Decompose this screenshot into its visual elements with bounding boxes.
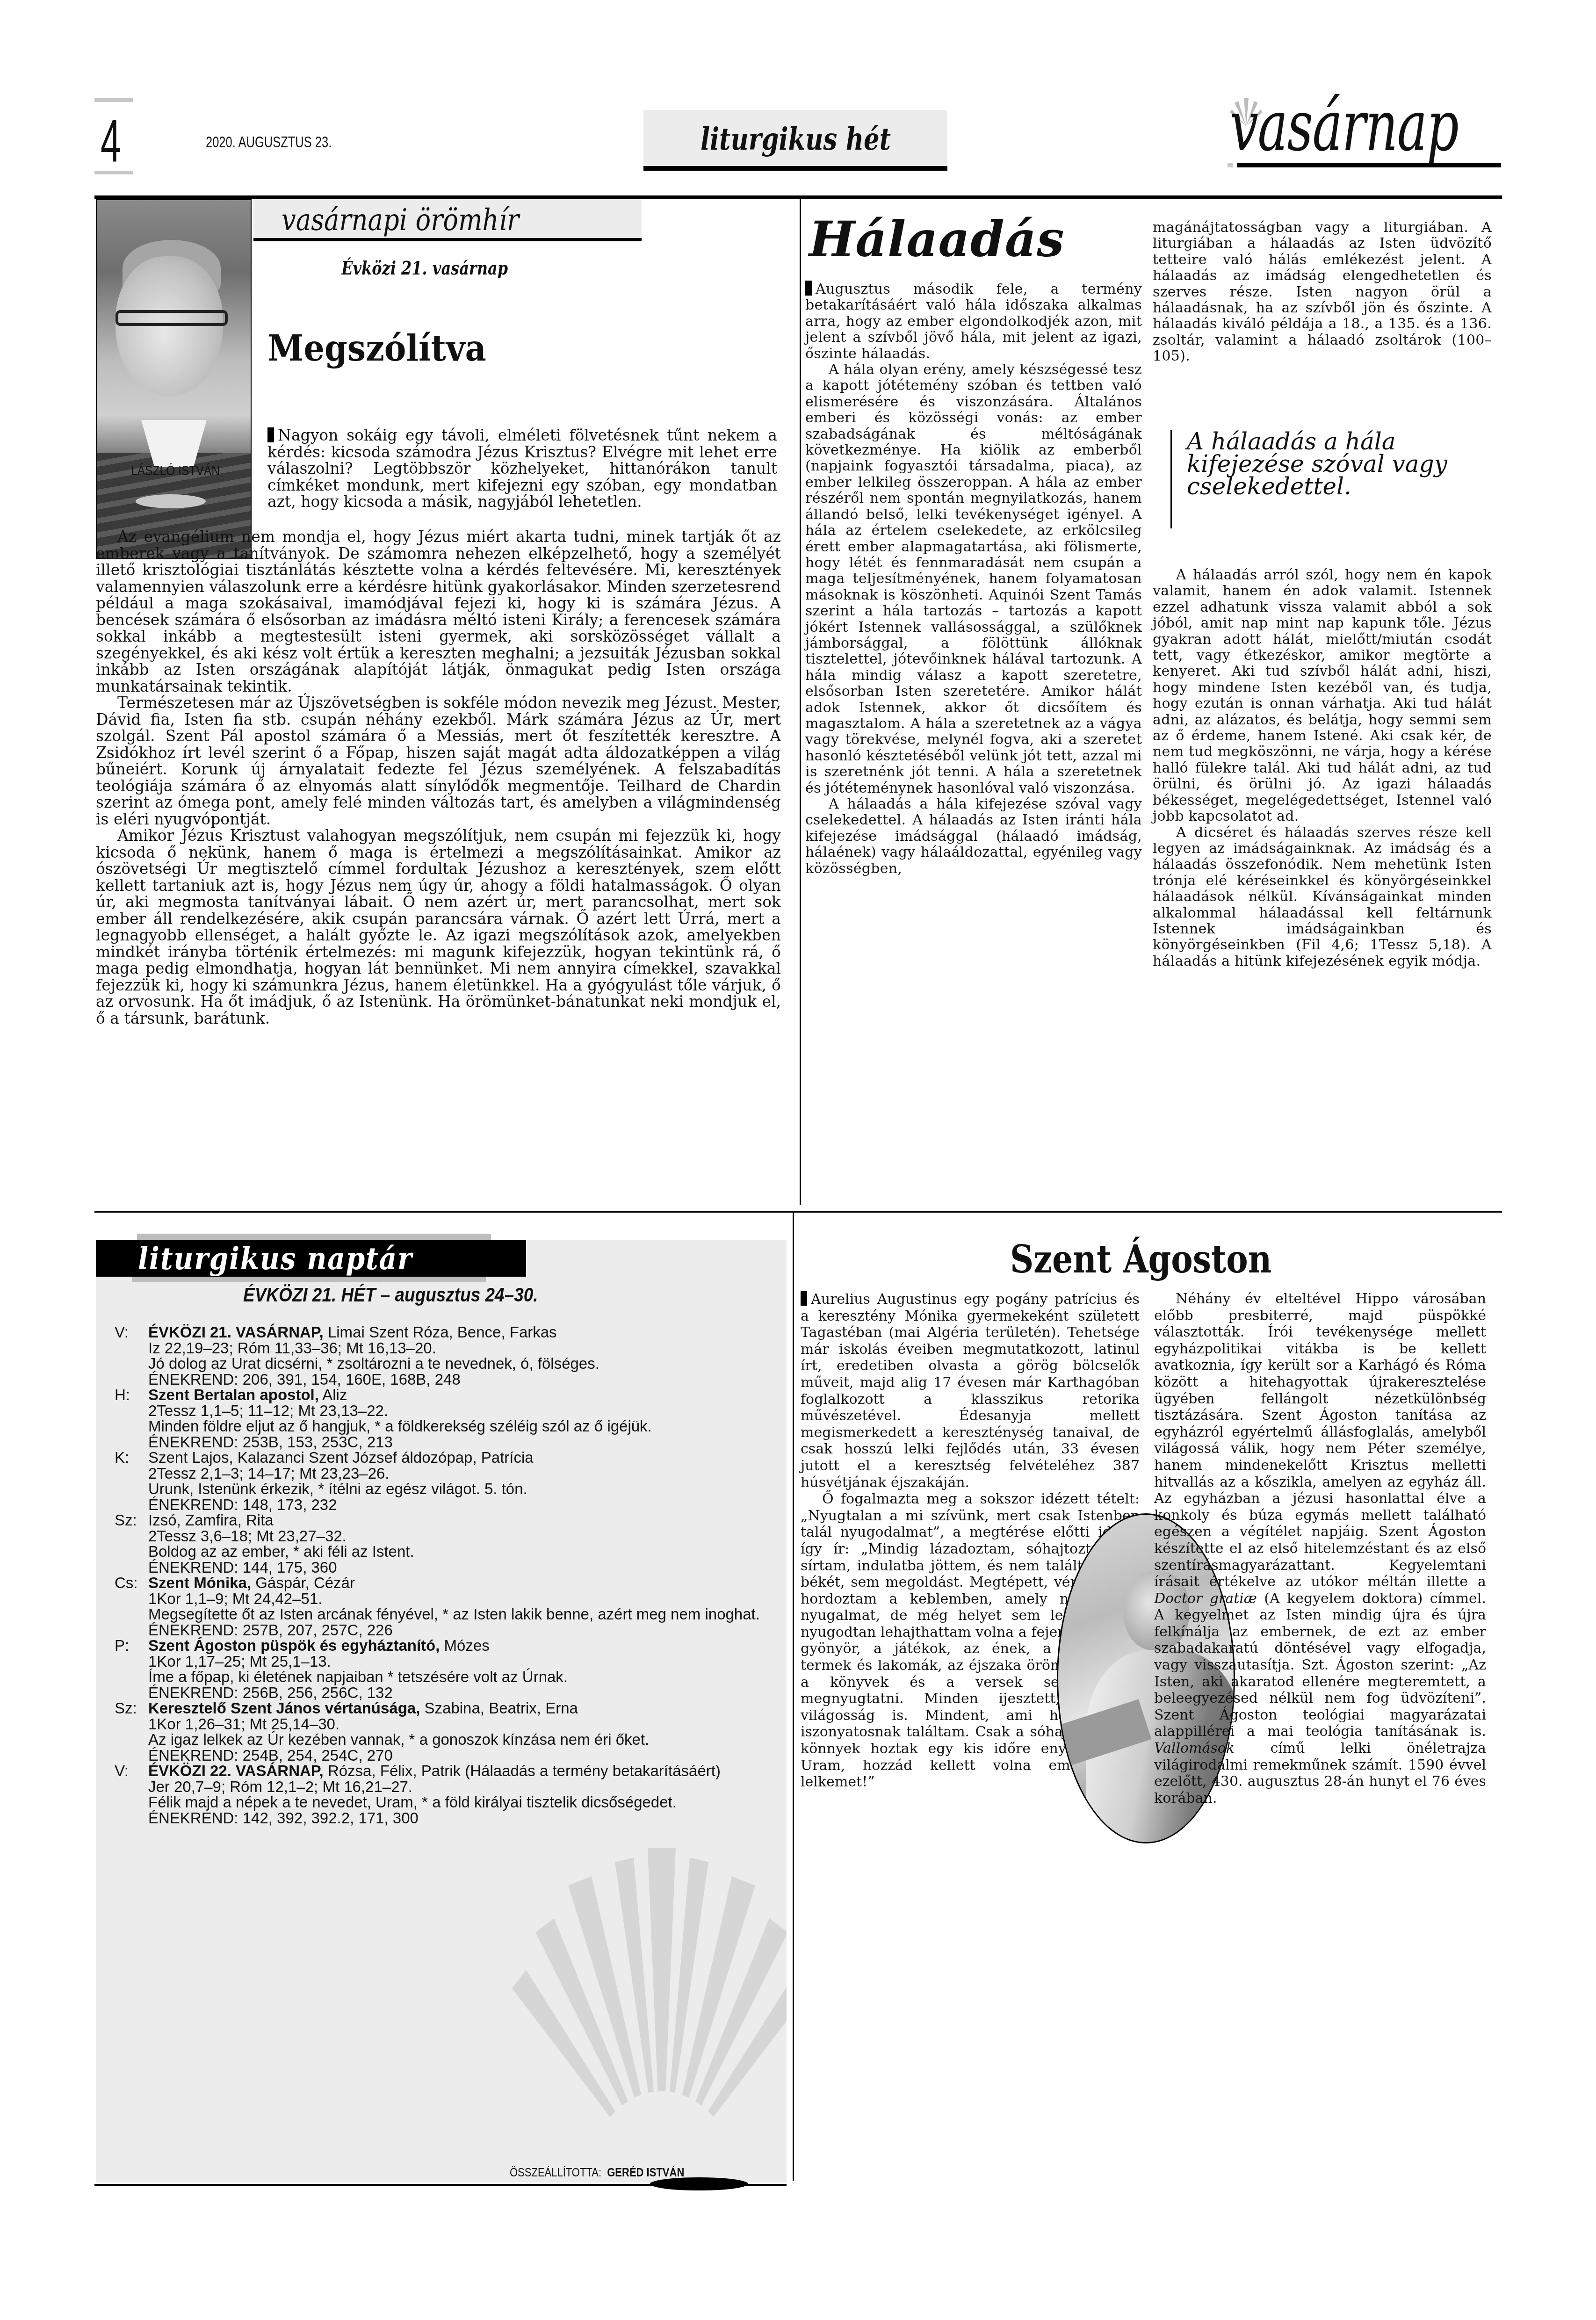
article-column-2: magánájtatosságban vagy a liturgiában. A… [1153,220,1492,365]
antiphon: Félik majd a népek a te nevedet, Uram, *… [148,1794,779,1810]
paragraph: A hálaadás arról szól, hogy nem én kapok… [1153,567,1492,825]
column-kicker: vasárnapi örömhír [253,199,642,241]
calendar-day: Cs: [115,1575,148,1638]
readings: 2Tessz 2,1–3; 14–17; Mt 23,23–26. [148,1466,779,1482]
calendar-entry: Cs: Szent Mónika, Gáspár, Cézár 1Kor 1,1… [115,1575,779,1638]
decorative-oval [136,494,206,508]
column-divider-bottom [793,1213,794,2181]
author-name: LÁSZLÓ ISTVÁN [112,463,239,479]
paragraph: A hálaadás a hála kifejezése szóval vagy… [805,796,1142,877]
page-number: 4 [101,110,121,171]
calendar-entry: K: Szent Lajos, Kalazanci Szent József á… [115,1450,779,1512]
readings: 2Tessz 1,1–5; 11–12; Mt 23,13–22. [148,1403,779,1419]
hymns: ÉNEKREND: 144, 175, 360 [148,1560,779,1576]
article-column-2-continued: A hálaadás arról szól, hogy nem én kapok… [1153,567,1492,969]
calendar-entry: H: Szent Bertalan apostol, Aliz 2Tessz 1… [115,1387,779,1450]
calendar-day: Sz: [115,1700,148,1763]
calendar-entry: V: ÉVKÖZI 21. VASÁRNAP, Limai Szent Róza… [115,1324,779,1387]
frame-rule-top [94,195,1502,199]
calendar-compiler: ÖSSZEÁLLÍTOTTA: GERÉD ISTVÁN [510,2166,684,2180]
paragraph: Amikor Jézus Krisztust valahogyan megszó… [96,827,781,1026]
readings: 1Kor 1,26–31; Mt 25,14–30. [148,1716,779,1732]
column-divider-top [800,199,801,1205]
hymns: ÉNEKREND: 142, 392, 392.2, 171, 300 [148,1810,779,1826]
calendar-day: H: [115,1387,148,1450]
lead-marker-icon [267,427,274,442]
header-rule-bottom [94,171,133,174]
paragraph: Az evangélium nem mondja el, hogy Jézus … [96,528,781,694]
section-label: liturgikus hét [643,110,947,171]
article-column-2: Néhány év elteltével Hippo városában elő… [1154,1291,1486,1807]
antiphon: Az igaz lelkek az Úr kezében vannak, * a… [148,1732,779,1748]
sub-kicker: Évközi 21. vasárnap [341,257,508,279]
paragraph: Néhány év elteltével Hippo városában elő… [1154,1291,1486,1807]
calendar-day: P: [115,1638,148,1700]
hymns: ÉNEKREND: 253B, 153, 253C, 213 [148,1434,779,1450]
article-body: Az evangélium nem mondja el, hogy Jézus … [96,528,781,1026]
paragraph: magánájtatosságban vagy a liturgiában. A… [1153,220,1492,365]
paragraph: A hála olyan erény, amely készségessé te… [805,362,1142,796]
header-rule-top [94,98,133,102]
calendar-entry: V: ÉVKÖZI 22. VASÁRNAP, Rózsa, Félix, Pa… [115,1763,779,1826]
readings: 1Kor 1,1–9; Mt 24,42–51. [148,1591,779,1607]
calendar-day: Sz: [115,1512,148,1575]
decorative-oval [650,2177,748,2190]
hymns: ÉNEKREND: 148, 173, 232 [148,1497,779,1513]
calendar-entry: Sz: Keresztelő Szent János vértanúsága, … [115,1700,779,1763]
article-title: Megszólítva [267,327,486,369]
hymns: ÉNEKREND: 256B, 256, 256C, 132 [148,1685,779,1701]
section-divider [94,1211,1502,1213]
antiphon: Megsegítette őt az Isten arcának fényéve… [148,1606,779,1622]
calendar-day: V: [115,1763,148,1826]
issue-date: 2020. AUGUSZTUS 23. [206,133,332,152]
sunburst-watermark-icon [498,1792,787,2183]
calendar-week: ÉVKÖZI 21. HÉT – augusztus 24–30. [243,1284,538,1306]
antiphon: Jó dolog az Urat dicsérni, * zsoltározni… [148,1356,779,1372]
readings: Jer 20,7–9; Róm 12,1–2; Mt 16,21–27. [148,1779,779,1795]
paragraph: Természetesen már az Újszövetségben is s… [96,694,781,827]
calendar-entry: Sz: Izsó, Zamfira, Rita 2Tessz 3,6–18; M… [115,1512,779,1575]
lead-marker-icon [805,281,812,296]
hymns: ÉNEKREND: 254B, 254, 254C, 270 [148,1748,779,1763]
brand-logo: vasárnap [1230,91,1458,161]
antiphon: Urunk, Istenünk érkezik, * ítélni az egé… [148,1481,779,1497]
antiphon: Íme a főpap, ki életének napjaiban * tet… [148,1669,779,1685]
hymns: ÉNEKREND: 206, 391, 154, 160E, 168B, 248 [148,1372,779,1388]
readings: 2Tessz 3,6–18; Mt 23,27–32. [148,1528,779,1544]
calendar-day: V: [115,1324,148,1387]
paragraph: A dicséret és hálaadás szerves része kel… [1153,825,1492,970]
article-title: Szent Ágoston [1010,1237,1271,1282]
readings: 1Kor 1,17–25; Mt 25,1–13. [148,1654,779,1670]
brand-underline [1237,163,1501,167]
article-lead: Nagyon sokáig egy távoli, elméleti fölve… [267,427,777,510]
antiphon: Minden földre eljut az ő hangjuk, * a fö… [148,1418,779,1434]
antiphon: Boldog az az ember, * aki féli az Istent… [148,1544,779,1560]
calendar-list: V: ÉVKÖZI 21. VASÁRNAP, Limai Szent Róza… [115,1324,779,1826]
calendar-header: liturgikus naptár [96,1240,526,1277]
article-title: Hálaadás [809,210,1065,268]
pull-quote: A hálaadás a hála kifejezése szóval vagy… [1170,430,1467,528]
readings: Iz 22,19–23; Róm 11,33–36; Mt 16,13–20. [148,1340,779,1356]
calendar-entry: P: Szent Ágoston püspök és egyháztanító,… [115,1638,779,1700]
hymns: ÉNEKREND: 257B, 207, 257C, 226 [148,1622,779,1638]
lead-marker-icon [801,1291,807,1306]
article-column-1: Augusztus második fele, a termény betaka… [805,281,1142,877]
calendar-day: K: [115,1450,148,1512]
